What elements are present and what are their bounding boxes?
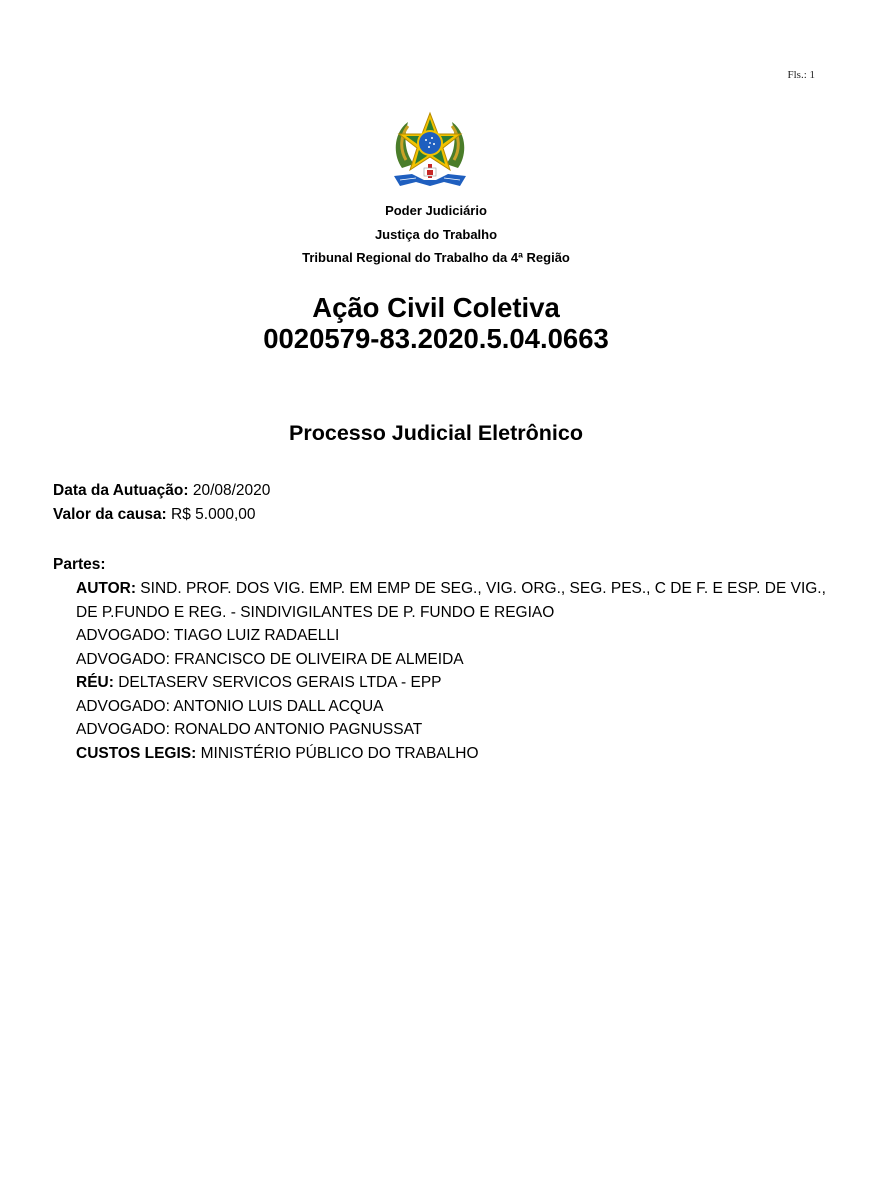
case-value-label: Valor da causa: — [53, 506, 167, 523]
header-line-1: Poder Judiciário — [0, 199, 872, 223]
party-row: ADVOGADO: RONALDO ANTONIO PAGNUSSAT — [76, 718, 836, 742]
title-action-type: Ação Civil Coletiva — [0, 292, 872, 323]
party-role: AUTOR: — [76, 580, 136, 597]
process-meta: Data da Autuação: 20/08/2020 Valor da ca… — [53, 479, 270, 526]
party-name: DELTASERV SERVICOS GERAIS LTDA - EPP — [114, 674, 442, 691]
party-row: ADVOGADO: TIAGO LUIZ RADAELLI — [76, 624, 836, 648]
party-name: TIAGO LUIZ RADAELLI — [170, 627, 339, 644]
party-row: AUTOR: SIND. PROF. DOS VIG. EMP. EM EMP … — [76, 577, 836, 624]
party-row: ADVOGADO: ANTONIO LUIS DALL ACQUA — [76, 695, 836, 719]
parties-heading: Partes: — [53, 556, 106, 574]
title-process-number: 0020579-83.2020.5.04.0663 — [0, 323, 872, 354]
party-role: ADVOGADO: — [76, 698, 170, 715]
party-name: SIND. PROF. DOS VIG. EMP. EM EMP DE SEG.… — [76, 580, 826, 621]
party-name: ANTONIO LUIS DALL ACQUA — [170, 698, 384, 715]
document-subtitle: Processo Judicial Eletrônico — [0, 421, 872, 446]
party-row: ADVOGADO: FRANCISCO DE OLIVEIRA DE ALMEI… — [76, 648, 836, 672]
party-role: ADVOGADO: — [76, 651, 170, 668]
header-line-2: Justiça do Trabalho — [0, 223, 872, 247]
page-number: Fls.: 1 — [787, 69, 815, 81]
court-header: Poder Judiciário Justiça do Trabalho Tri… — [0, 199, 872, 270]
case-value-value: R$ 5.000,00 — [171, 506, 255, 523]
party-row: RÉU: DELTASERV SERVICOS GERAIS LTDA - EP… — [76, 671, 836, 695]
header-line-3: Tribunal Regional do Trabalho da 4ª Regi… — [0, 246, 872, 270]
party-name: FRANCISCO DE OLIVEIRA DE ALMEIDA — [170, 651, 464, 668]
party-role: ADVOGADO: — [76, 627, 170, 644]
party-row: CUSTOS LEGIS: MINISTÉRIO PÚBLICO DO TRAB… — [76, 742, 836, 766]
filing-date-value: 20/08/2020 — [193, 482, 271, 499]
party-role: ADVOGADO: — [76, 721, 170, 738]
parties-list: AUTOR: SIND. PROF. DOS VIG. EMP. EM EMP … — [76, 577, 836, 765]
filing-date-row: Data da Autuação: 20/08/2020 — [53, 479, 270, 503]
document-title: Ação Civil Coletiva 0020579-83.2020.5.04… — [0, 292, 872, 354]
party-role: RÉU: — [76, 674, 114, 691]
party-name: RONALDO ANTONIO PAGNUSSAT — [170, 721, 422, 738]
case-value-row: Valor da causa: R$ 5.000,00 — [53, 503, 270, 527]
filing-date-label: Data da Autuação: — [53, 482, 189, 499]
party-name: MINISTÉRIO PÚBLICO DO TRABALHO — [196, 745, 478, 762]
brazil-coat-of-arms-icon — [388, 110, 472, 192]
party-role: CUSTOS LEGIS: — [76, 745, 196, 762]
